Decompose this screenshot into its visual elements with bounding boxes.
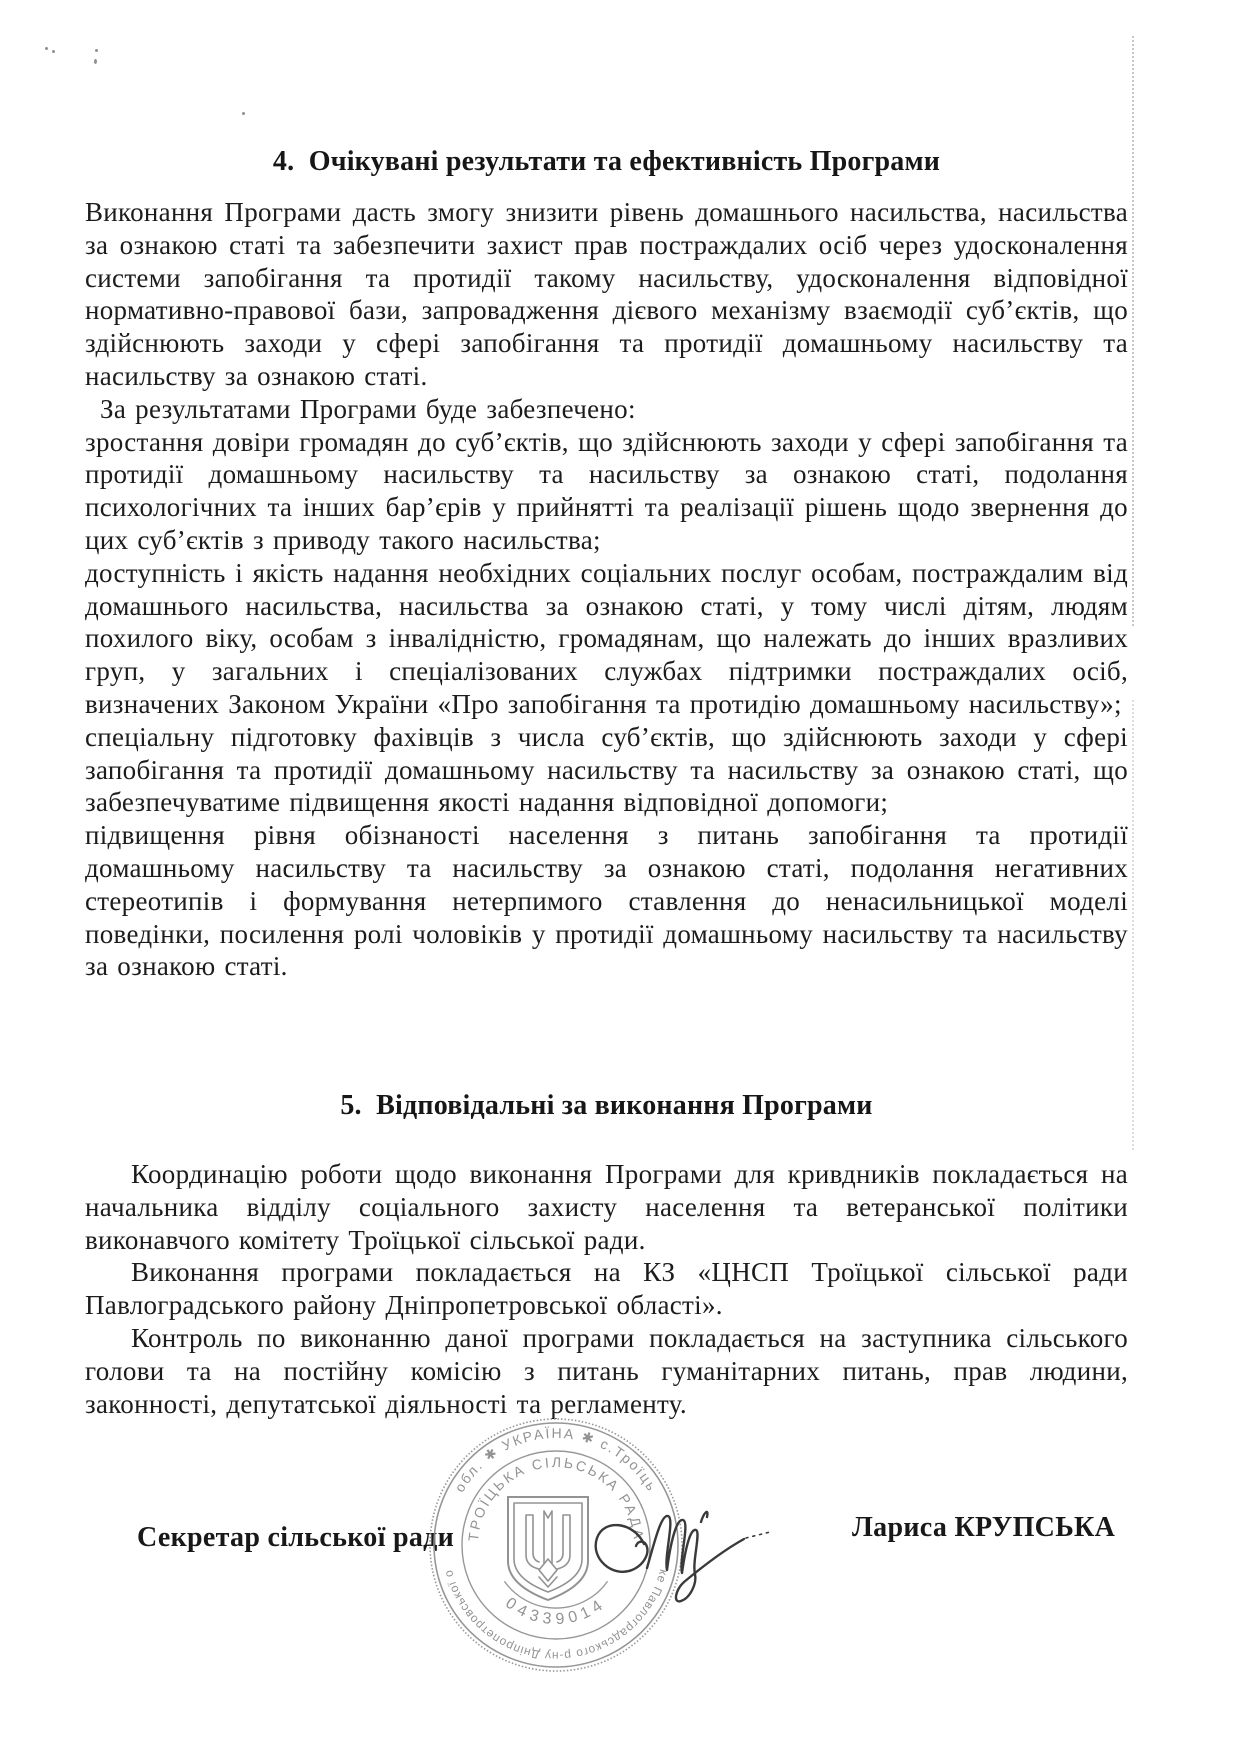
scanned-document-page: 4. Очікувані результати та ефективність … <box>0 0 1240 1755</box>
scan-artifact-dotted-line-lower <box>1132 700 1134 1150</box>
tryzub-coat-of-arms-icon <box>508 1497 588 1600</box>
scan-speck <box>95 49 98 52</box>
paragraph-implementation: Виконання програми покладається на КЗ «Ц… <box>85 1256 1128 1322</box>
scan-speck <box>45 47 48 50</box>
section-4-heading: 4. Очікувані результати та ефективність … <box>85 146 1128 178</box>
paragraph-results-lead-in: За результатами Програми буде забезпечен… <box>85 393 1128 426</box>
section-5-heading: 5. Відповідальні за виконання Програми <box>85 1090 1128 1122</box>
scan-artifact-dotted-line <box>1132 36 1134 626</box>
paragraph-expected-results-intro: Виконання Програми дасть змогу знизити р… <box>85 196 1128 393</box>
paragraph-specialist-training: спеціальну підготовку фахівців з числа с… <box>85 721 1128 819</box>
signatory-role-label: Секретар сільської ради <box>137 1522 454 1554</box>
scan-speck <box>52 50 55 53</box>
paragraph-awareness-raising: підвищення рівня обізнаності населення з… <box>85 819 1128 983</box>
handwritten-signature <box>578 1448 778 1618</box>
section-5-body: Координацію роботи щодо виконання Програ… <box>85 1158 1128 1420</box>
paragraph-service-accessibility: доступність і якість надання необхідних … <box>85 557 1128 721</box>
scan-speck <box>94 59 97 64</box>
paragraph-control: Контроль по виконанню даної програми пок… <box>85 1322 1128 1420</box>
section-4-body: Виконання Програми дасть змогу знизити р… <box>85 196 1128 983</box>
scan-speck <box>242 112 245 115</box>
paragraph-coordination: Координацію роботи щодо виконання Програ… <box>85 1158 1128 1256</box>
paragraph-trust-growth: зростання довіри громадян до суб’єктів, … <box>85 426 1128 557</box>
signatory-name: Лариса КРУПСЬКА <box>852 1512 1115 1544</box>
